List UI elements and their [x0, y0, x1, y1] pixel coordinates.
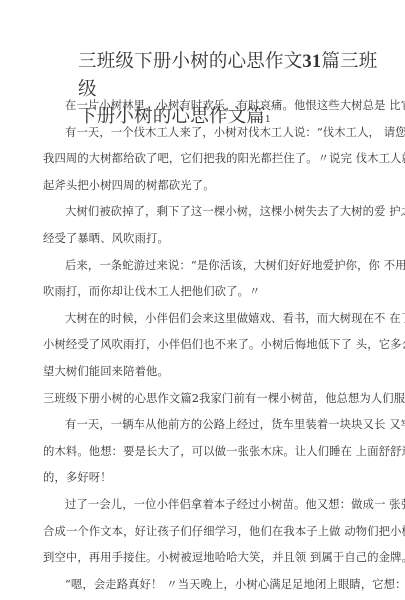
text-line: 合成一个作文本，好让孩子们仔细学习，他们在我本子上做 动物们把小树抛: [43, 523, 369, 550]
title-line-1: 三班级下册小树的心思作文31篇三班级: [78, 48, 378, 103]
text-line: 大树在的时候，小伴侣们会来这里做嬉戏、看书，而大树现在不 在了，: [43, 310, 369, 337]
text-line: 大树们被砍掉了，剩下了这一棵小树，这棵小树失去了大树的爱 护之后，: [43, 203, 369, 230]
text-line: 起斧头把小树四周的树都砍光了。: [43, 177, 369, 204]
text-line: 过了一会儿，一位小伴侣拿着本子经过小树苗。他又想：做成一 张张纸，: [43, 496, 369, 523]
document-body: 在一片小树林里，小树有时欢乐，有时哀痛。他恨这些大树总是 比它高。 有一天，一个…: [43, 97, 369, 600]
text-line: 望大树们能回来陪着他。: [43, 363, 369, 390]
text-line: “嗯，会走路真好！ 〃当天晚上，小树心满足足地闭上眼睛，它想：: [43, 576, 369, 600]
title-text: 三班级下册小树的心思作文: [78, 51, 302, 72]
title-number: 31: [302, 52, 321, 72]
text-line: 小树经受了风吹雨打，小伴侣们也不来了。小树后悔地低下了 头，它多么盼: [43, 336, 369, 363]
text-line: 的，多好呀！: [43, 469, 369, 496]
text-line: 到空中，再用手接住。小树被逗地哈哈大笑，并且领 到属于自己的金牌。: [43, 549, 369, 576]
text-line: 吹雨打，而你却让伐木工人把他们砍了。〃: [43, 283, 369, 310]
text-line: 有一天，一辆车从他前方的公路上经过，货车里装着一块块又长 又牢固: [43, 416, 369, 443]
text-line: 在一片小树林里，小树有时欢乐，有时哀痛。他恨这些大树总是 比它高。: [43, 97, 369, 124]
document-page: 三班级下册小树的心思作文31篇三班级 下册小树的心思作文篇1 在一片小树林里，小…: [0, 0, 405, 600]
text-line: 三班级下册小树的心思作文篇2我家门前有一棵小树苗，他总想为人们服务。: [43, 390, 369, 417]
text-line: 的木料。他想：要是长大了，可以做一张张木床。让人们睡在 上面舒舒适服: [43, 443, 369, 470]
text-line: 有一天，一个伐木工人来了，小树对伐木工人说：“伐木工人， 请您把: [43, 124, 369, 151]
text-line: 经受了暴晒、风吹雨打。: [43, 230, 369, 257]
text-line: 后来，一条蛇游过来说：“是你活该，大树们好好地爱护你，你 不用风: [43, 257, 369, 284]
text-line: 我四周的大树都给砍了吧，它们把我的阳光都拦住了。〃说完 伐木工人就举: [43, 150, 369, 177]
